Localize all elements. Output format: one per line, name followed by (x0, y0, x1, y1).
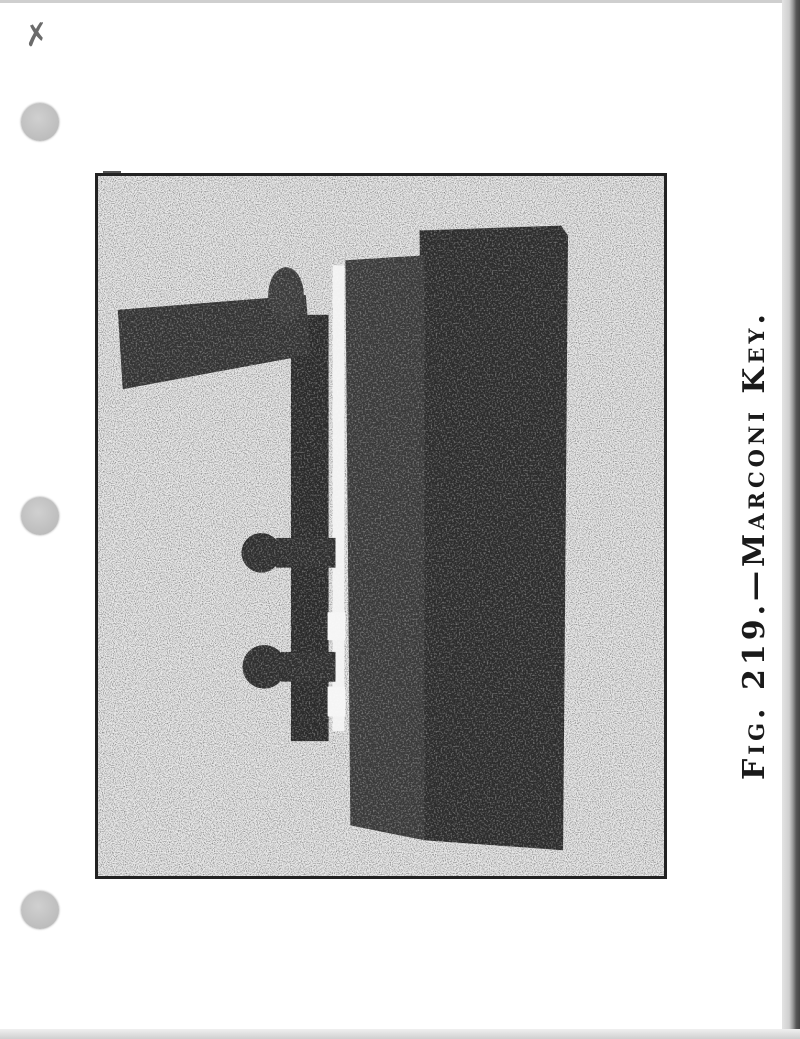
page-right-edge (782, 0, 800, 1039)
punch-hole-top (21, 103, 59, 141)
punch-hole-middle (21, 497, 59, 535)
margin-mark: ✗ (21, 16, 52, 55)
marconi-key-illustration (98, 176, 664, 876)
page-top-edge (0, 0, 800, 3)
page-bottom-edge (0, 1029, 800, 1039)
figure-caption: Fig. 219.—Marconi Key. (737, 310, 772, 780)
figure-photo (95, 173, 667, 879)
punch-hole-bottom (21, 891, 59, 929)
